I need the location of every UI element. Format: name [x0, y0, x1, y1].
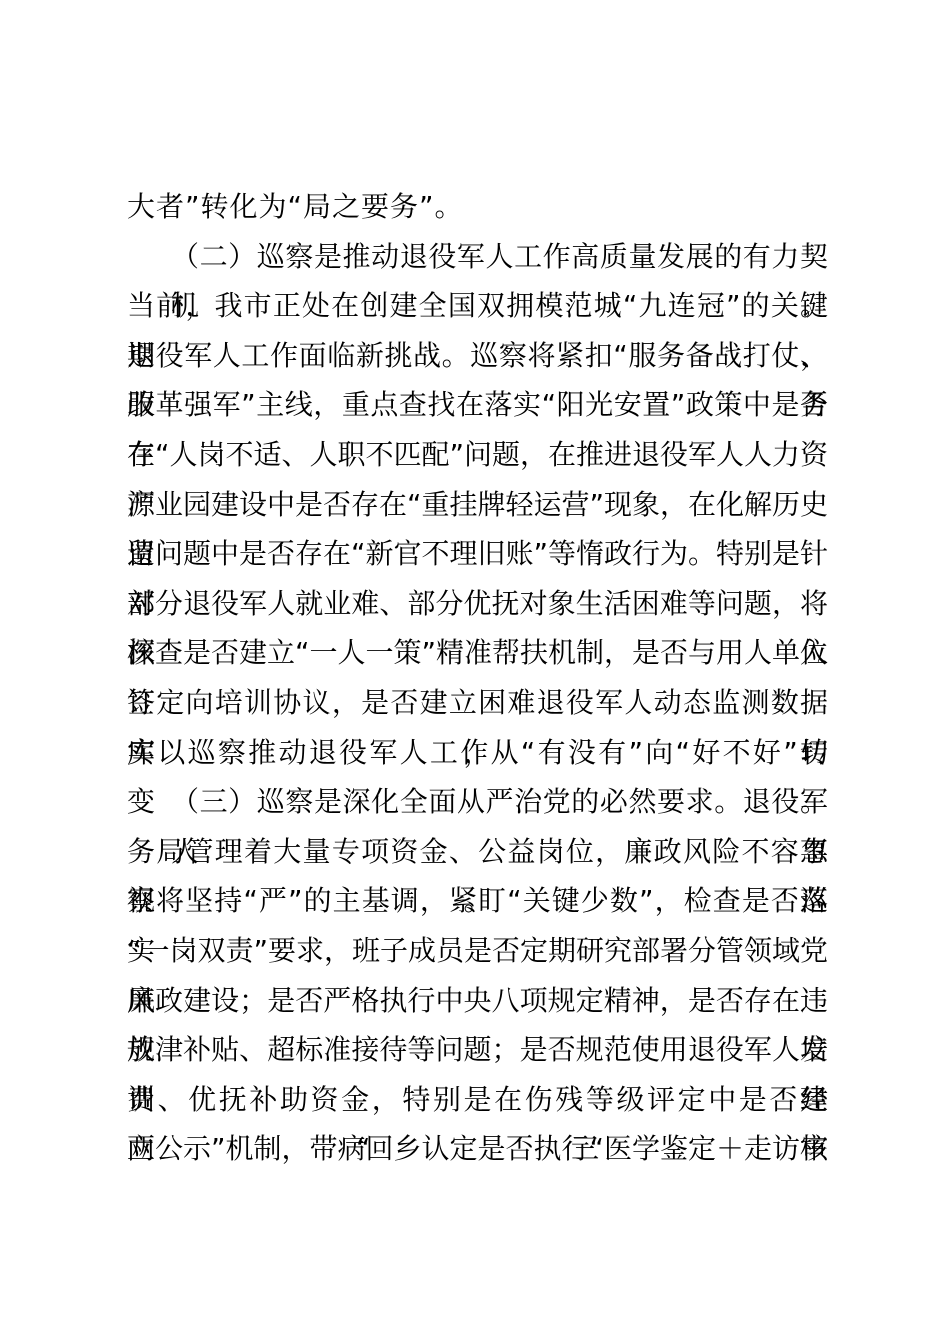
text-line: 廉政建设；是否严格执行中央八项规定精神，是否存在违规发: [127, 976, 828, 1026]
text-line: 留问题中是否存在“新官不理旧账”等惰政行为。特别是针对: [127, 529, 828, 579]
text-line: 部分退役军人就业难、部分优抚对象生活困难等问题，将深入: [127, 579, 828, 629]
text-line: 实以巡察推动退役军人工作从“有没有”向“好不好”转变。: [127, 728, 828, 778]
text-line: 费、优抚补助资金，特别是在伤残等级评定中是否建立“三审: [127, 1075, 828, 1125]
text-line: 大者”转化为“局之要务”。: [127, 182, 828, 232]
text-line: 放津补贴、超标准接待等问题；是否规范使用退役军人培训经: [127, 1025, 828, 1075]
text-line: 退役军人工作面临新挑战。巡察将紧扣“服务备战打仗、服务: [127, 331, 828, 381]
text-line: 两公示”机制，带病回乡认定是否执行“医学鉴定＋走访核: [127, 1124, 828, 1174]
text-line: （二）巡察是推动退役军人工作高质量发展的有力契机。: [127, 232, 828, 282]
text-line: 在“人岗不适、人职不匹配”问题，在推进退役军人人力资源: [127, 430, 828, 480]
text-line: 产业园建设中是否存在“重挂牌轻运营”现象，在化解历史遗: [127, 480, 828, 530]
text-line: 察将坚持“严”的主基调，紧盯“关键少数”，检查是否落实: [127, 876, 828, 926]
text-line: 订定向培训协议，是否建立困难退役军人动态监测数据库，切: [127, 678, 828, 728]
text-line: “一岗双责”要求，班子成员是否定期研究部署分管领域党风: [127, 926, 828, 976]
document-page: 大者”转化为“局之要务”。 （二）巡察是推动退役军人工作高质量发展的有力契机。 …: [127, 182, 828, 1174]
text-line: 务局管理着大量专项资金、公益岗位，廉政风险不容忽视。巡: [127, 827, 828, 877]
text-line: 改革强军”主线，重点查找在落实“阳光安置”政策中是否存: [127, 380, 828, 430]
text-line: 当前，我市正处在创建全国双拥模范城“九连冠”的关键期，: [127, 281, 828, 331]
text-line: 核查是否建立“一人一策”精准帮扶机制，是否与用人单位签: [127, 628, 828, 678]
text-line: （三）巡察是深化全面从严治党的必然要求。退役军人事: [127, 777, 828, 827]
